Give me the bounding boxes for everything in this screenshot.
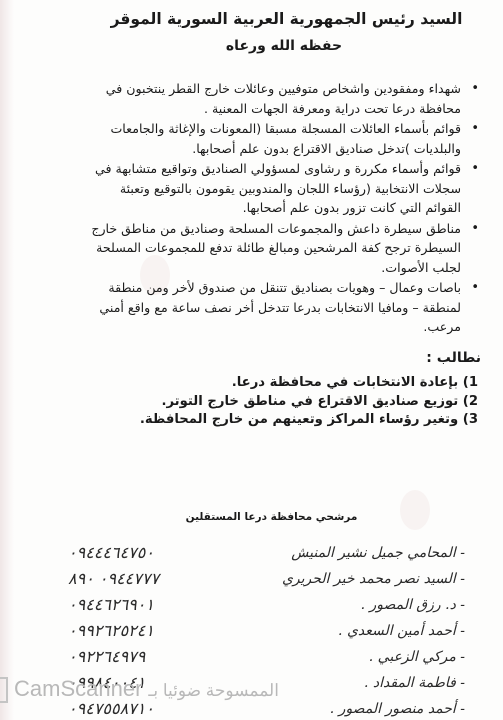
camscanner-logo-icon (0, 677, 8, 703)
candidate-name: - أحمد أمين السعدي . (245, 618, 465, 644)
issue-item: قوائم بأسماء العائلات المسجلة مسبقا (الم… (81, 119, 481, 158)
demand-item: 2) توزيع صناديق الاقتراع في مناطق خارج ا… (118, 393, 478, 412)
demand-item: 3) وتغير رؤساء المراكز وتعينهم من خارج ا… (118, 411, 478, 430)
candidate-name: - المحامي جميل نشير المنيش (245, 540, 465, 566)
watermark-app-name: CamScanner (14, 676, 142, 701)
issues-list: شهداء ومفقودين واشخاص متوفيين وعائلات خا… (81, 79, 481, 338)
candidate-phone: ٠٩٢٢٦٤٩٧٩ (68, 644, 208, 670)
demand-item: 1) بإعادة الانتخابات في محافظة درعا. (118, 374, 478, 393)
candidate-name: - د. رزق المصور . (245, 592, 465, 618)
candidate-phone: ٠٩٤٤٦٢٦٩٠١ (68, 592, 208, 618)
candidate-name: - السيد نصر محمد خير الحريري (245, 566, 465, 592)
issue-item: مناطق سيطرة داعش والمجموعات المسلحة وصنا… (81, 219, 481, 278)
letter-addressee: السيد رئيس الجمهورية العربية السورية الم… (0, 8, 503, 30)
watermark-arabic-text: الممسوحة ضوئيا بـ (148, 681, 279, 700)
camscanner-watermark: CamScannerالممسوحة ضوئيا بـ (0, 676, 279, 703)
candidates-heading: مرشحي محافظة درعا المستقلين (0, 511, 503, 523)
candidate-name: - مركي الزعبي . (245, 644, 465, 670)
scanned-letter: السيد رئيس الجمهورية العربية السورية الم… (0, 0, 503, 720)
candidate-phone: ٠٩٩٢٦٢٥٢٤١ (68, 618, 208, 644)
candidate-phone: ٠٩٤٤٧٧٧ ٨٩٠ (68, 566, 208, 592)
demands-list: 1) بإعادة الانتخابات في محافظة درعا. 2) … (118, 374, 478, 430)
issue-item: شهداء ومفقودين واشخاص متوفيين وعائلات خا… (81, 79, 481, 118)
letter-salutation: حفظه الله ورعاه (0, 36, 503, 56)
demands-heading: نطالب : (426, 350, 481, 366)
issue-item: باصات وعمال – وهويات بصناديق تتنقل من صن… (81, 278, 481, 337)
issue-item: قوائم وأسماء مكررة و رشاوى لمسؤولي الصنا… (81, 159, 481, 218)
candidate-phone: ٠٩٤٤٤٦٤٧٥٠ (68, 540, 208, 566)
